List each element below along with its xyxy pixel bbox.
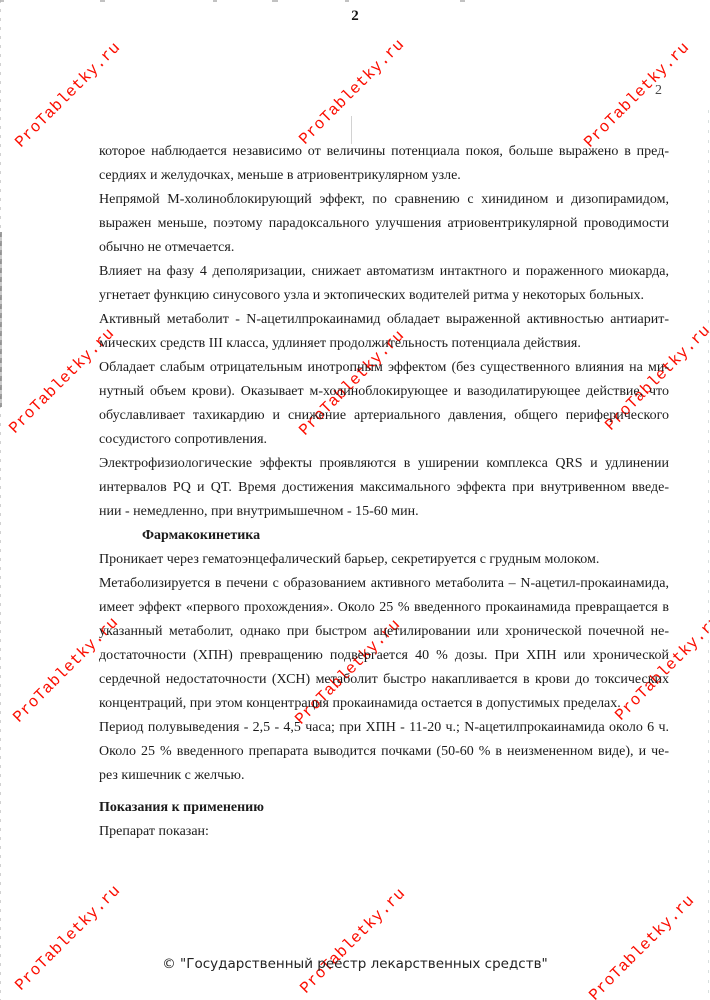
paragraph: Электрофизиологические эффекты проявляют… [99, 452, 669, 524]
paragraph-line: сосудистого сопротивления. [99, 428, 669, 452]
paragraph-line: Обладает слабым отрицательным инотропным… [99, 356, 669, 380]
scan-artifact-vline [351, 116, 352, 144]
watermark-text: ProTabletky.ru [10, 880, 126, 996]
scan-artifact-top-dash [460, 0, 465, 2]
paragraph: Непрямой М-холиноблокирующий эффект, по … [99, 188, 669, 260]
paragraph-line: мических средств III класса, удлиняет пр… [99, 332, 669, 356]
page-number-top: 2 [0, 8, 710, 25]
paragraph-line: имеет эффект «первого прохождения». Окол… [99, 596, 669, 620]
paragraph: Активный метаболит - N-ацетилпрокаинамид… [99, 308, 669, 356]
paragraph: Проникает через гематоэнцефалический бар… [99, 548, 669, 572]
paragraph-line: нии - немедленно, при внутримышечном - 1… [99, 500, 669, 524]
paragraph-line: выражен меньше, поэтому парадоксального … [99, 212, 669, 236]
paragraph-line: указанный метаболит, однако при быстром … [99, 620, 669, 644]
paragraph-line: обычно не отмечается. [99, 236, 669, 260]
paragraph-line: рез кишечник с желчью. [99, 764, 669, 788]
paragraph-line: Электрофизиологические эффекты проявляют… [99, 452, 669, 476]
paragraph-line: Период полувыведения - 2,5 - 4,5 часа; п… [99, 716, 669, 740]
paragraph-line: Препарат показан: [99, 820, 669, 844]
paragraph: Обладает слабым отрицательным инотропным… [99, 356, 669, 452]
paragraph-line: достаточности (ХПН) превращению подверга… [99, 644, 669, 668]
section-heading: Показания к применению [99, 796, 669, 820]
paragraph-line: интервалов PQ и QT. Время достижения мак… [99, 476, 669, 500]
paragraph-line: сердечной недостаточности (ХСН) метаболи… [99, 668, 669, 692]
paragraph: которое наблюдается независимо от величи… [99, 140, 669, 188]
scan-artifact-top-dash [0, 0, 4, 2]
paragraph-line: Активный метаболит - N-ацетилпрокаинамид… [99, 308, 669, 332]
footer-credit: © "Государственный реестр лекарственных … [0, 956, 710, 972]
scan-artifact-right-edge [708, 110, 709, 1000]
watermark-text: ProTabletky.ru [584, 890, 700, 1000]
scan-artifact-left-edge [0, 0, 1, 1000]
paragraph: Влияет на фазу 4 деполяризации, снижает … [99, 260, 669, 308]
paragraph: Период полувыведения - 2,5 - 4,5 часа; п… [99, 716, 669, 788]
paragraph-line: обуславливает тахикардию и снижение арте… [99, 404, 669, 428]
scan-artifact-top-dash [213, 0, 217, 2]
paragraph-line: которое наблюдается независимо от величи… [99, 140, 669, 164]
section-heading: Фармакокинетика [99, 524, 669, 548]
paragraph-line: нутный объем крови). Оказывает м-холиноб… [99, 380, 669, 404]
watermark-text: ProTabletky.ru [10, 37, 126, 153]
watermark-text: ProTabletky.ru [579, 37, 695, 153]
paragraph: Метаболизируется в печени с образованием… [99, 572, 669, 716]
paragraph-line: Метаболизируется в печени с образованием… [99, 572, 669, 596]
scan-artifact-left-bar [0, 232, 2, 407]
paragraph-line: угнетает функцию синусового узла и эктоп… [99, 284, 669, 308]
watermark-text: ProTabletky.ru [295, 883, 411, 999]
document-body: которое наблюдается независимо от величи… [99, 140, 669, 844]
scan-artifact-top-dash [100, 0, 105, 2]
watermark-text: ProTabletky.ru [294, 34, 410, 150]
paragraph-line: сердиях и желудочках, меньше в атриовент… [99, 164, 669, 188]
paragraph-line: концентраций, при этом концентрация прок… [99, 692, 669, 716]
paragraph-line: Влияет на фазу 4 деполяризации, снижает … [99, 260, 669, 284]
scanned-document-page: ProTabletky.ruProTabletky.ruProTabletky.… [0, 0, 710, 1000]
scan-artifact-top-dash [272, 0, 278, 2]
page-number-side: 2 [655, 83, 662, 99]
paragraph-line: Непрямой М-холиноблокирующий эффект, по … [99, 188, 669, 212]
paragraph: Препарат показан: [99, 820, 669, 844]
paragraph-line: Около 25 % введенного препарата выводитс… [99, 740, 669, 764]
paragraph-line: Проникает через гематоэнцефалический бар… [99, 548, 669, 572]
scan-artifact-top-dash [345, 0, 349, 2]
